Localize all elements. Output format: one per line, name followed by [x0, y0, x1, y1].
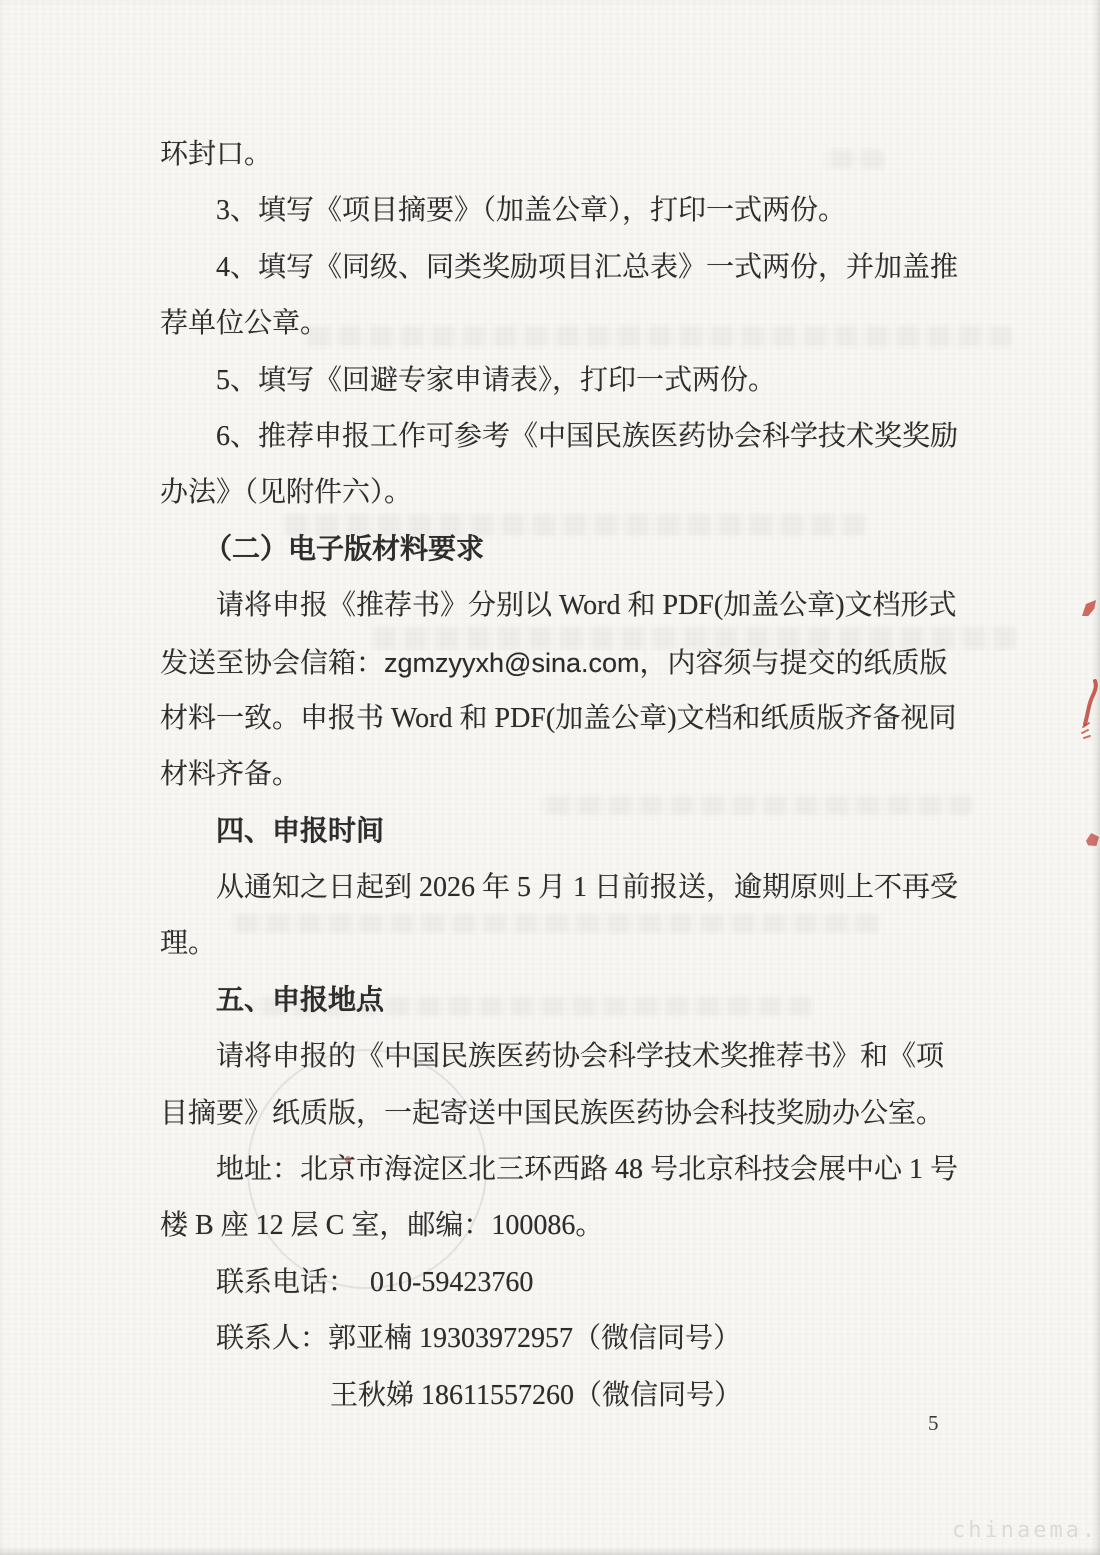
- text-line: 理。: [160, 916, 960, 972]
- address-line: 楼 B 座 12 层 C 室，邮编：100086。: [160, 1198, 960, 1254]
- text-line: 材料一致。申报书 Word 和 PDF(加盖公章)文档和纸质版齐备视同: [160, 691, 960, 747]
- text-line: 6、推荐申报工作可参考《中国民族医药协会科学技术奖奖励: [160, 409, 960, 465]
- page-edge-shadow: [0, 1547, 1100, 1555]
- email-address: zgmzyyxh@sina.com: [384, 648, 639, 678]
- page-number: 5: [928, 1408, 939, 1438]
- phone-line: 联系电话： 010-59423760: [160, 1255, 960, 1311]
- text-line: 材料齐备。: [160, 747, 960, 803]
- text-line: 请将申报的《中国民族医药协会科学技术奖推荐书》和《项: [160, 1029, 960, 1085]
- text-line: 从通知之日起到 2026 年 5 月 1 日前报送，逾期原则上不再受: [160, 860, 960, 916]
- text-line: 5、填写《回避专家申请表》，打印一式两份。: [160, 353, 960, 409]
- scanned-document-page: 环封口。 3、填写《项目摘要》（加盖公章），打印一式两份。 4、填写《同级、同类…: [0, 0, 1100, 1555]
- text-line: 荐单位公章。: [160, 296, 960, 352]
- section-heading-electronic-materials: （二）电子版材料要求: [160, 522, 960, 578]
- email-line-suffix: ，内容须与提交的纸质版: [640, 648, 948, 679]
- contact-line: 联系人：郭亚楠 19303972957（微信同号）: [160, 1311, 960, 1367]
- text-line-email: 发送至协会信箱：zgmzyyxh@sina.com，内容须与提交的纸质版: [160, 635, 960, 691]
- section-heading-application-place: 五、申报地点: [160, 973, 960, 1029]
- text-line: 请将申报《推荐书》分别以 Word 和 PDF(加盖公章)文档形式: [160, 578, 960, 634]
- document-body: 环封口。 3、填写《项目摘要》（加盖公章），打印一式两份。 4、填写《同级、同类…: [160, 127, 960, 1424]
- page-edge-shadow: [1093, 0, 1100, 1555]
- contact-line: 王秋娣 18611557260（微信同号）: [160, 1368, 960, 1424]
- section-heading-application-time: 四、申报时间: [160, 804, 960, 860]
- text-line: 目摘要》纸质版，一起寄送中国民族医药协会科技奖励办公室。: [160, 1086, 960, 1142]
- text-line: 3、填写《项目摘要》（加盖公章），打印一式两份。: [160, 183, 960, 239]
- text-line: 环封口。: [160, 127, 960, 183]
- address-line: 地址：北京市海淀区北三环西路 48 号北京科技会展中心 1 号: [160, 1142, 960, 1198]
- email-line-prefix: 发送至协会信箱：: [160, 648, 384, 679]
- text-line: 4、填写《同级、同类奖励项目汇总表》一式两份，并加盖推: [160, 240, 960, 296]
- site-watermark: chinaema.org.cn: [952, 1518, 1100, 1543]
- text-line: 办法》（见附件六）。: [160, 465, 960, 521]
